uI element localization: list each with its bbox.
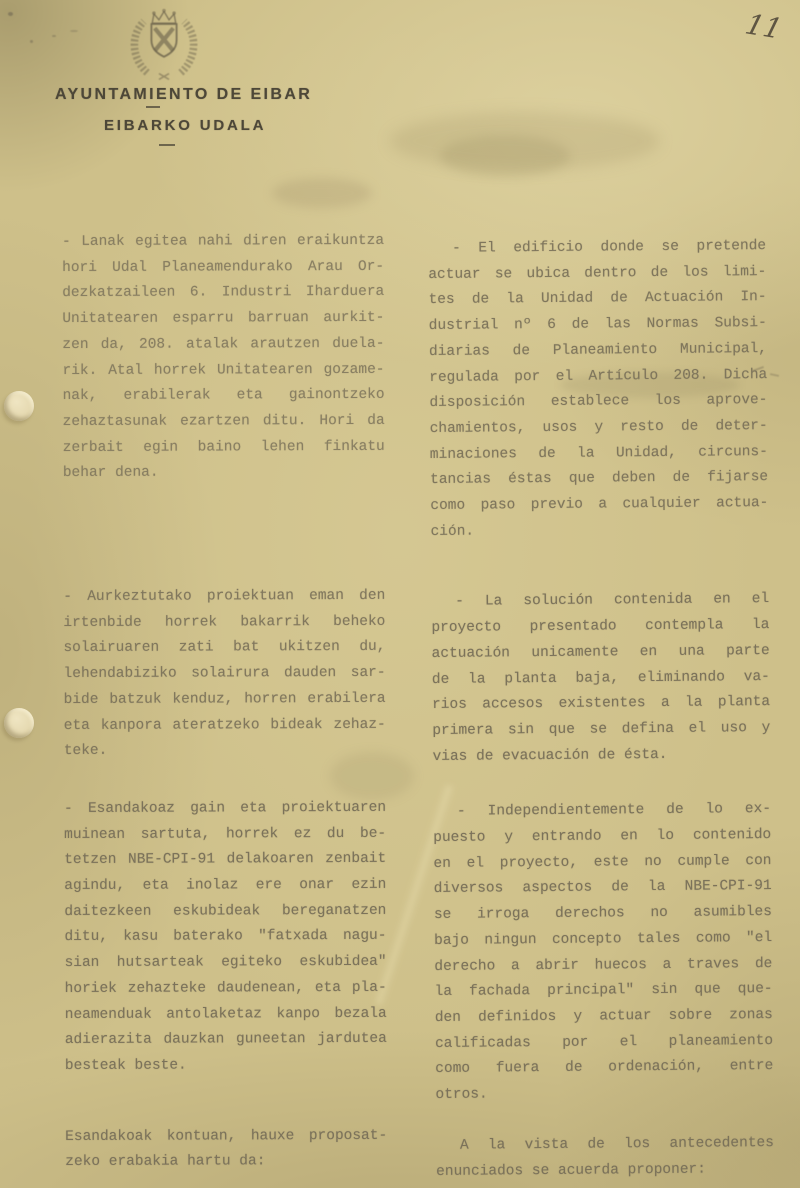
column-spanish: - El edificio donde se pretendeactuar se… bbox=[428, 234, 774, 1185]
text-line: - Lanak egitea nahi diren eraikuntza bbox=[62, 229, 384, 256]
text-line: bajo ningun concepto tales como "el bbox=[434, 926, 772, 955]
header-rule bbox=[146, 106, 160, 108]
text-line: - El edificio donde se pretende bbox=[428, 234, 766, 263]
text-line: diversos aspectos de la NBE-CPI-91 bbox=[434, 874, 772, 903]
text-line: de la planta baja, eliminando va- bbox=[432, 665, 770, 694]
ink-bleed-smudge bbox=[440, 135, 570, 177]
text-line: sian hutsarteak egiteko eskubidea" bbox=[65, 950, 387, 977]
text-line: como paso previo a cualquier actua- bbox=[430, 491, 768, 520]
text-line: la fachada principal" sin que que- bbox=[434, 977, 772, 1006]
dust-speck bbox=[8, 12, 13, 16]
dust-speck bbox=[52, 35, 56, 37]
text-line: lehendabiziko solairura dauden sar- bbox=[64, 661, 386, 688]
text-line: primera sin que se defina el uso y bbox=[432, 716, 770, 745]
margin-pen-mark bbox=[770, 373, 779, 377]
text-line: neamenduak antolaketaz kanpo bezala bbox=[65, 1001, 387, 1028]
text-line: derecho a abrir huecos a traves de bbox=[434, 952, 772, 981]
text-line: en el proyecto, este no cumple con bbox=[433, 849, 771, 878]
text-line: - Aurkeztutako proiektuan eman den bbox=[63, 584, 385, 611]
paragraph-basque-1: - Lanak egitea nahi diren eraikuntzahori… bbox=[62, 229, 385, 487]
text-line: Esandakoak kontuan, hauxe proposat- bbox=[65, 1124, 387, 1151]
column-basque: - Lanak egitea nahi diren eraikuntzahori… bbox=[62, 229, 387, 1176]
text-line: irtenbide horrek bakarrik beheko bbox=[63, 610, 385, 637]
text-line: besteak beste. bbox=[65, 1053, 387, 1080]
paragraph-spanish-2: - La solución contenida en elproyecto pr… bbox=[431, 587, 771, 770]
paragraph-spanish-3: - Independientemente de lo ex-puesto y e… bbox=[433, 797, 774, 1108]
text-line: vias de evacuación de ésta. bbox=[432, 742, 770, 771]
text-line: den definidos y actuar sobre zonas bbox=[435, 1003, 773, 1032]
text-line: actuación unicamente en una parte bbox=[432, 639, 770, 668]
text-line: tes de la Unidad de Actuación In- bbox=[428, 285, 766, 314]
ink-bleed-smudge bbox=[390, 112, 660, 170]
text-line: rik. Atal horrek Unitatearen gozame- bbox=[62, 357, 384, 384]
text-line: zeko erabakia hartu da: bbox=[65, 1149, 387, 1176]
eibar-coat-of-arms-icon bbox=[122, 6, 206, 89]
text-line: puesto y entrando en lo contenido bbox=[433, 823, 771, 852]
text-line: - Esandakoaz gain eta proiektuaren bbox=[64, 796, 386, 823]
text-line: diarias de Planeamiento Municipal, bbox=[429, 337, 767, 366]
text-line: disposición establece los aprove- bbox=[429, 388, 767, 417]
text-line: dezkatzaileen 6. Industri Iharduera bbox=[62, 280, 384, 307]
text-line: minaciones de la Unidad, circuns- bbox=[430, 440, 768, 469]
text-line: zen da, 208. atalak arautzen duela- bbox=[62, 332, 384, 359]
text-line: horiek zehazteke daudenean, eta pla- bbox=[65, 976, 387, 1003]
text-line: actuar se ubica dentro de los limi- bbox=[428, 260, 766, 289]
paragraph-basque-3: - Esandakoaz gain eta proiektuarenmuinea… bbox=[64, 796, 387, 1080]
org-name-spanish: AYUNTAMIENTO DE EIBAR bbox=[55, 86, 312, 104]
text-line: rios accesos existentes a la planta bbox=[432, 690, 770, 719]
hole-punch bbox=[4, 391, 34, 421]
text-line: hori Udal Planeamendurako Arau Or- bbox=[62, 255, 384, 282]
text-line: - Independientemente de lo ex- bbox=[433, 797, 771, 826]
text-line: daitezkeen eskubideak bereganatzen bbox=[64, 899, 386, 926]
text-line: enunciados se acuerda proponer: bbox=[436, 1157, 774, 1186]
text-line: calificadas por el planeamiento bbox=[435, 1029, 773, 1058]
text-line: nak, erabilerak eta gainontzeko bbox=[63, 383, 385, 410]
text-line: bide batzuk kenduz, horren erabilera bbox=[64, 687, 386, 714]
text-line: como fuera de ordenación, entre bbox=[435, 1054, 773, 1083]
text-line: tetzen NBE-CPI-91 delakoaren zenbait bbox=[64, 847, 386, 874]
dust-speck bbox=[30, 40, 33, 43]
text-line: adierazita dauzkan guneetan jardutea bbox=[65, 1027, 387, 1054]
hole-punch bbox=[4, 708, 34, 738]
paragraph-spanish-closing: A la vista de los antecedentesenunciados… bbox=[436, 1131, 774, 1185]
scanned-document-page: AYUNTAMIENTO DE EIBAR EIBARKO UDALA 11 -… bbox=[0, 0, 800, 1188]
faded-stamp-mark bbox=[272, 178, 372, 208]
org-name-basque: EIBARKO UDALA bbox=[104, 117, 266, 134]
text-line: dustrial nº 6 de las Normas Subsi- bbox=[429, 311, 767, 340]
paragraph-spanish-1: - El edificio donde se pretendeactuar se… bbox=[428, 234, 769, 545]
text-line: se irroga derechos no asumibles bbox=[434, 900, 772, 929]
text-line: otros. bbox=[435, 1080, 773, 1109]
header-rule bbox=[159, 144, 175, 146]
text-line: solairuaren zati bat ukitzen du, bbox=[63, 635, 385, 662]
text-line: tancias éstas que deben de fijarse bbox=[430, 465, 768, 494]
paragraph-basque-2: - Aurkeztutako proiektuan eman denirtenb… bbox=[63, 584, 386, 765]
text-line: zehaztasunak ezartzen ditu. Hori da bbox=[63, 409, 385, 436]
text-line: Unitatearen esparru barruan aurkit- bbox=[62, 306, 384, 333]
text-line: regulada por el Artículo 208. Dicha bbox=[429, 363, 767, 392]
text-line: agindu, eta inolaz ere onar ezin bbox=[64, 873, 386, 900]
text-line: ditu, kasu baterako "fatxada nagu- bbox=[64, 924, 386, 951]
text-line: A la vista de los antecedentes bbox=[436, 1131, 774, 1160]
text-line: teke. bbox=[64, 738, 386, 765]
text-line: muinean sartuta, horrek ez du be- bbox=[64, 822, 386, 849]
text-line: ción. bbox=[430, 517, 768, 546]
dust-speck bbox=[70, 30, 78, 32]
text-line: behar dena. bbox=[63, 460, 385, 487]
text-line: proyecto presentado contempla la bbox=[431, 613, 769, 642]
handwritten-page-number: 11 bbox=[742, 8, 786, 46]
text-line: - La solución contenida en el bbox=[431, 587, 769, 616]
text-line: chamientos, usos y resto de deter- bbox=[430, 414, 768, 443]
paragraph-basque-closing: Esandakoak kontuan, hauxe proposat-zeko … bbox=[65, 1124, 387, 1177]
text-line: eta kanpora ateratzeko bideak zehaz- bbox=[64, 712, 386, 739]
text-line: zerbait egin baino lehen finkatu bbox=[63, 434, 385, 461]
